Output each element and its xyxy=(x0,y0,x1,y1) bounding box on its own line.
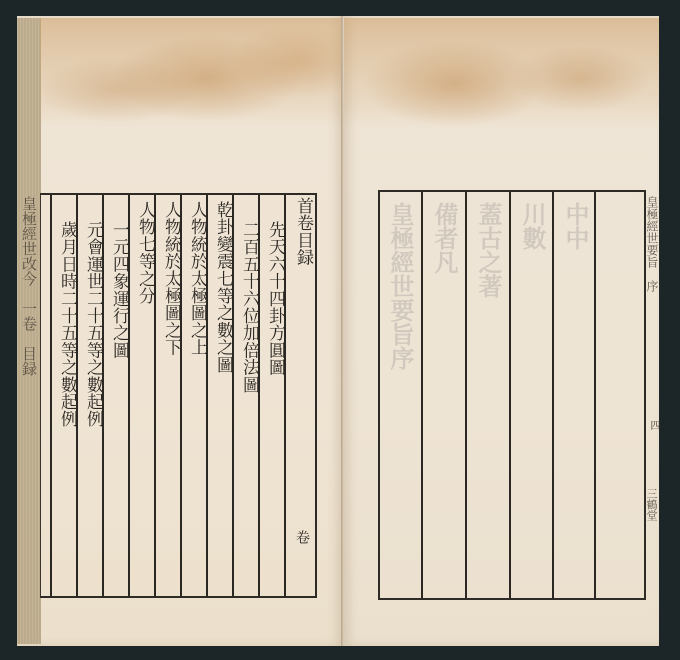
show-through-text: 備者凡 xyxy=(430,202,460,274)
toc-entry: 元會運世二十五等之數起例 xyxy=(79,221,103,427)
column-divider xyxy=(509,192,511,598)
publisher-mark: 三鶴堂 xyxy=(645,488,658,521)
left-text-frame: 首卷目録 先天六十四卦方圓圖 二百五十六位加倍法圖 乾卦變震七等之數之圖 人物統… xyxy=(40,193,317,598)
toc-entry: 歲月日時二十五等之數起例 xyxy=(53,221,77,427)
water-stain-left xyxy=(40,18,343,128)
toc-entry: 一元四象運行之圖 xyxy=(105,221,129,359)
toc-entry: 先天六十四卦方圓圖 xyxy=(261,221,285,376)
right-text-frame: 皇極經世要旨序 備者凡 蓋古之著 川數 中中 xyxy=(378,190,646,600)
page-number: 四 xyxy=(646,420,661,430)
show-through-text: 川數 xyxy=(518,202,548,250)
right-margin-title: 皇極經世要旨 序 xyxy=(645,196,659,292)
column-divider xyxy=(552,192,554,598)
column-divider xyxy=(465,192,467,598)
column-divider xyxy=(421,192,423,598)
toc-entry: 乾卦變震七等之數之圖 xyxy=(209,201,233,373)
show-through-text: 皇極經世要旨序 xyxy=(386,202,416,370)
show-through-text: 中中 xyxy=(561,202,591,250)
left-margin-title: 皇極經世改今 一卷 目録 xyxy=(18,196,40,601)
open-book: 皇極經世改今 一卷 目録 首卷目録 先天六十四卦方圓圖 二百五十六位加倍法圖 乾… xyxy=(0,0,680,660)
toc-entry: 人物統於太極圖之下 xyxy=(157,201,181,356)
colophon-mark: 卷 xyxy=(292,530,312,544)
water-stain-right xyxy=(344,18,659,128)
column-divider xyxy=(594,192,596,598)
toc-entry: 二百五十六位加倍法圖 xyxy=(235,221,259,393)
toc-entry: 人物統於太極圖之上 xyxy=(183,201,207,356)
toc-heading: 首卷目録 xyxy=(289,197,313,266)
show-through-text: 蓋古之著 xyxy=(474,202,504,298)
toc-entry: 人物七等之分 xyxy=(131,201,155,304)
column-divider xyxy=(50,195,52,596)
